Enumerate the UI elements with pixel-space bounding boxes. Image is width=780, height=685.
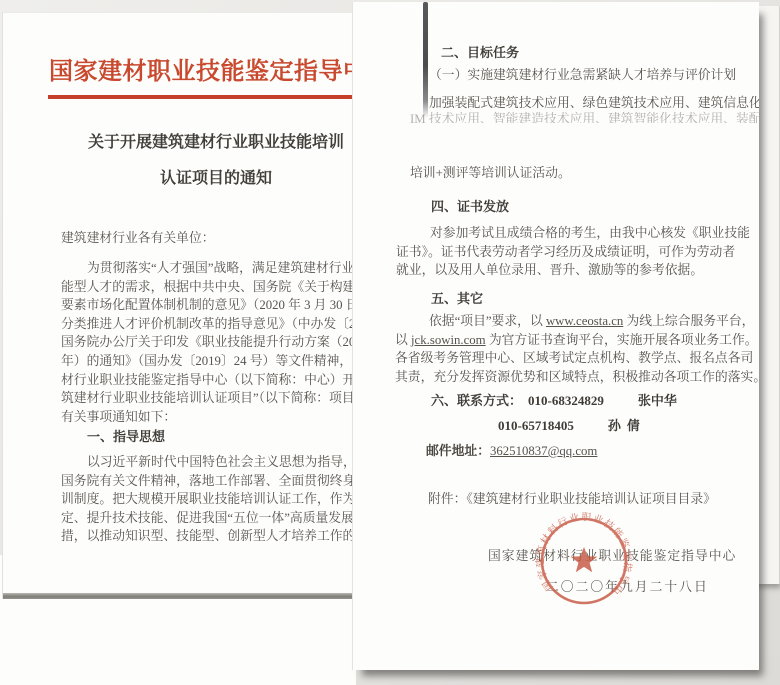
email-row: 邮件地址：362510837@qq.com (426, 440, 597, 459)
body-line: 定、提升技术技能、促进我国“五位一体”高质量发展的重 (61, 509, 394, 528)
org-header-title: 国家建材职业技能鉴定指导中心 (49, 51, 399, 86)
contact-row-2: 010-65718405孙倩 (498, 415, 646, 434)
body-line: 其责，充分发挥资源优势和区域特点，积极推动各项工作的落实。 (395, 368, 759, 387)
paragraph-2: 以习近平新时代中国特色社会主义思想为指导，落实党 国务院有关文件精神，落地工作部… (61, 453, 394, 546)
red-divider-rule (48, 95, 392, 99)
body-line: 就业，以及用人单位录用、晋升、激励等的参考依据。 (396, 261, 750, 280)
contact-phone-1: 010-68324829 (528, 393, 604, 408)
contact-phone-2: 010-65718405 (498, 418, 574, 433)
body-line: 对参加考试且成绩合格的考生，由我中心核发《职业技能 (396, 224, 750, 243)
section-heading-2: 二、目标任务 (441, 42, 519, 61)
task-item-1: （一）实施建筑建材行业急需紧缺人才培养与评价计划 (429, 66, 736, 85)
service-platform-link[interactable]: www.ceosta.cn (546, 314, 623, 328)
svg-text:国家建筑材料行业职业技能鉴定指导中心: 国家建筑材料行业职业技能鉴定指导中心 (529, 506, 635, 598)
contact-person-2: 孙倩 (608, 418, 646, 433)
body-line: 培训+测评等培训认证活动。 (410, 164, 571, 183)
notice-page-2: 二、目标任务 （一）实施建筑建材行业急需紧缺人才培养与评价计划 加强装配式建筑技… (352, 2, 759, 670)
seal-star-icon (571, 547, 598, 572)
body-text: 以 (395, 333, 411, 347)
body-line: 训制度。把大规模开展职业技能培训认证工作，作为保持就 (61, 490, 394, 509)
body-line: 证书》。证书代表劳动者学习经历及成绩证明，可作为劳动者 (396, 243, 750, 262)
scanned-notice-collage: 国家建材职业技能鉴定指导中心 关于开展建筑建材行业职业技能培训 认证项目的通知 … (0, 0, 780, 685)
body-line: 以习近平新时代中国特色社会主义思想为指导，落实党 (61, 453, 394, 472)
official-seal: 国家建筑材料行业职业技能鉴定指导中心 (529, 506, 639, 616)
body-line: 各省级考务管理中心、区域考试定点机构、教学点、报名点各司 (395, 349, 759, 368)
email-link[interactable]: 362510837@qq.com (490, 444, 597, 458)
contact-label: 六、联系方式： (431, 393, 522, 408)
body-text: 为线上综合服务平台， (623, 314, 754, 328)
body-line: 依据“项目”要求，以 www.ceosta.cn 为线上综合服务平台， (395, 312, 759, 331)
body-text: 为官方证书查询平台，实施开展各项业务工作。 (486, 333, 758, 347)
other-paragraph: 依据“项目”要求，以 www.ceosta.cn 为线上综合服务平台， 以 jc… (395, 312, 759, 386)
body-line: 国务院有关文件精神，落地工作部署、全面贯彻终身职业技 (61, 472, 394, 491)
cert-query-link[interactable]: jck.sowin.com (411, 333, 486, 347)
body-text: 依据“项目”要求，以 (429, 314, 546, 328)
contact-person-1: 张中华 (638, 393, 677, 408)
section-heading-5: 五、其它 (431, 288, 483, 307)
contact-row-1: 六、联系方式：010-68324829张中华 (431, 390, 677, 409)
email-label: 邮件地址： (426, 444, 490, 458)
section-heading-4: 四、证书发放 (431, 196, 509, 215)
seal-text: 国家建筑材料行业职业技能鉴定指导中心 (529, 506, 635, 598)
body-line-faded: IM 技术应用、智能建造技术应用、建筑智能化技术应用、装配 (410, 110, 759, 123)
scan-crease-artifact (423, 2, 428, 118)
certificate-paragraph: 对参加考试且成绩合格的考生，由我中心核发《职业技能 证书》。证书代表劳动者学习经… (396, 224, 750, 280)
body-line: 措，以推动知识型、技能型、创新型人才培养工作的开展。 (61, 527, 394, 546)
salutation-line: 建筑建材行业各有关单位： (61, 229, 215, 248)
body-line: 以 jck.sowin.com 为官方证书查询平台，实施开展各项业务工作。 (395, 331, 759, 350)
section-heading-1: 一、指导思想 (87, 426, 165, 445)
